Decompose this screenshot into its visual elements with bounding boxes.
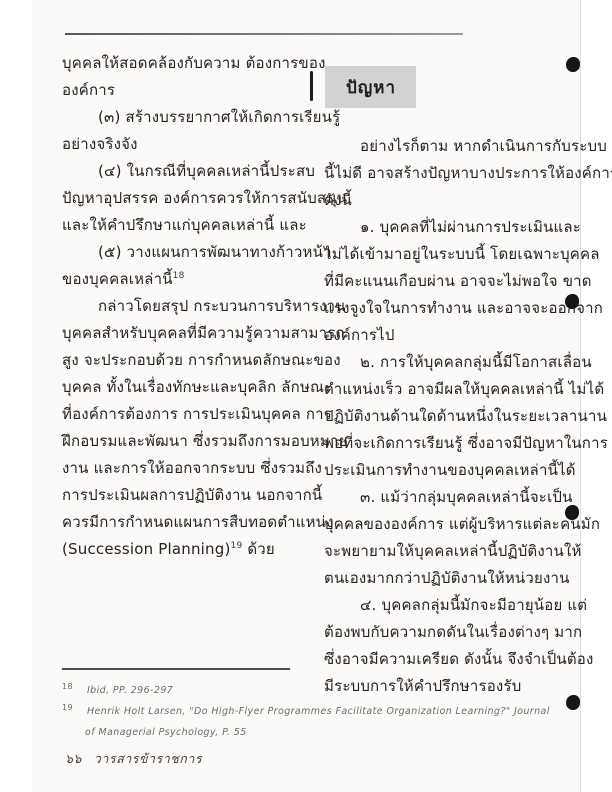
text-line: ดังนี้ xyxy=(324,187,560,214)
page-number: ๖๖ xyxy=(65,751,82,766)
text-line: (Succession Planning)19 ด้วย xyxy=(62,536,302,563)
text-line: ซึ่งอาจมีความเครียด ดังนั้น จึงจำเป็นต้อ… xyxy=(324,646,560,673)
text-line: องค์การ xyxy=(62,77,302,104)
footnote-rule xyxy=(62,668,290,670)
text-line: พอที่จะเกิดการเรียนรู้ ซึ่งอาจมีปัญหาในก… xyxy=(324,430,560,457)
text-line: ตนเองมากกว่าปฏิบัติงานให้หน่วยงาน xyxy=(324,565,560,592)
footnote-2: 19Henrik Holt Larsen, "Do High-Flyer Pro… xyxy=(62,697,550,743)
page-footer: ๖๖วารสารข้าราชการ xyxy=(65,749,202,769)
header-rule xyxy=(65,33,463,35)
text-line: ที่มีคะแนนเกือบผ่าน อาจจะไม่พอใจ ขาด xyxy=(324,268,560,295)
footnote-2-marker: 19 xyxy=(62,703,73,712)
scan-dot-3 xyxy=(565,505,579,520)
scan-dot-1 xyxy=(566,57,580,72)
text-line: ประเมินการทำงานของบุคคลเหล่านี้ได้ xyxy=(324,457,560,484)
text-line: จะพยายามให้บุคคลเหล่านี้ปฏิบัติงานให้ xyxy=(324,538,560,565)
text-line: แรงจูงใจในการทำงาน และอาจจะออกจาก xyxy=(324,295,560,322)
text-line: ๑. บุคคลที่ไม่ผ่านการประเมินและ xyxy=(324,214,560,241)
text-line: มีระบบการให้คำปรึกษารองรับ xyxy=(324,673,560,700)
text-line: ๔. บุคคลกลุ่มนี้มักจะมีอายุน้อย แต่ xyxy=(324,592,560,619)
footnote-1-text: Ibid, PP. 296-297 xyxy=(87,685,173,696)
footnote-2-line1: Henrik Holt Larsen, "Do High-Flyer Progr… xyxy=(87,706,550,717)
text-line: งาน และการให้ออกจากระบบ ซึ่งรวมถึง xyxy=(62,455,302,482)
text-line: กล่าวโดยสรุป กระบวนการบริหารงาน xyxy=(62,293,302,320)
footnote-1-marker: 18 xyxy=(62,682,73,691)
right-column: อย่างไรก็ตาม หากดำเนินการกับระบบนี้ไม่ดี… xyxy=(324,133,560,700)
text-line: บุคคลให้สอดคล้องกับความ ต้องการของ xyxy=(62,50,302,77)
scanned-journal-page: { "colors":{ "heading_box_bg":"#d2d2d2",… xyxy=(0,0,612,792)
text-line: (๕) วางแผนการพัฒนาทางก้าวหน้า xyxy=(62,239,302,266)
text-line: ของบุคคลเหล่านี้18 xyxy=(62,266,302,293)
text-line: และให้คำปรึกษาแก่บุคคลเหล่านี้ และ xyxy=(62,212,302,239)
text-line: อย่างไรก็ตาม หากดำเนินการกับระบบ xyxy=(324,133,560,160)
problem-heading-box: ปัญหา xyxy=(325,66,416,108)
text-line: บุคคล ทั้งในเรื่องทักษะและบุคลิก ลักษณะ xyxy=(62,374,302,401)
text-line: ต้องพบกับความกดดันในเรื่องต่างๆ มาก xyxy=(324,619,560,646)
problem-heading-label: ปัญหา xyxy=(325,74,396,101)
text-line: ปฏิบัติงานด้านใดด้านหนึ่งในระยะเวลานาน xyxy=(324,403,560,430)
footnote-2-line2: of Managerial Psychology, P. 55 xyxy=(62,722,550,743)
text-line: ที่องค์การต้องการ การประเมินบุคคล การ xyxy=(62,401,302,428)
text-line: ฝึกอบรมและพัฒนา ซึ่งรวมถึงการมอบหมาย xyxy=(62,428,302,455)
text-line: อย่างจริงจัง xyxy=(62,131,302,158)
text-line: บุคคลสำหรับบุคคลที่มีความรู้ความสามารถ xyxy=(62,320,302,347)
scan-dot-2 xyxy=(565,294,579,309)
text-line: ไม่ได้เข้ามาอยู่ในระบบนี้ โดยเฉพาะบุคคล xyxy=(324,241,560,268)
text-line: การประเมินผลการปฏิบัติงาน นอกจากนี้ xyxy=(62,482,302,509)
text-line: (๓) สร้างบรรยากาศให้เกิดการเรียนรู้ xyxy=(62,104,302,131)
text-line: ๒. การให้บุคคลกลุ่มนี้มีโอกาสเลื่อน xyxy=(324,349,560,376)
text-line: ตำแหน่งเร็ว อาจมีผลให้บุคคลเหล่านี้ ไม่ไ… xyxy=(324,376,560,403)
text-line: บุคคลขององค์การ แต่ผู้บริหารแต่ละคนมัก xyxy=(324,511,560,538)
text-line: สูง จะประกอบด้วย การกำหนดลักษณะของ xyxy=(62,347,302,374)
text-line: ปัญหาอุปสรรค องค์การควรให้การสนับสนุน xyxy=(62,185,302,212)
scan-dot-4 xyxy=(566,695,580,710)
text-line: องค์การไป xyxy=(324,322,560,349)
journal-title: วารสารข้าราชการ xyxy=(94,751,202,766)
text-line: ๓. แม้ว่ากลุ่มบุคคลเหล่านี้จะเป็น xyxy=(324,484,560,511)
scan-mark-dash xyxy=(310,71,313,101)
text-line: นี้ไม่ดี อาจสร้างปัญหาบางประการให้องค์กา… xyxy=(324,160,560,187)
text-line: (๔) ในกรณีที่บุคคลเหล่านี้ประสบ xyxy=(62,158,302,185)
left-column: บุคคลให้สอดคล้องกับความ ต้องการขององค์กา… xyxy=(62,50,302,563)
text-line: ควรมีการกำหนดแผนการสืบทอดตำแหน่ง xyxy=(62,509,302,536)
